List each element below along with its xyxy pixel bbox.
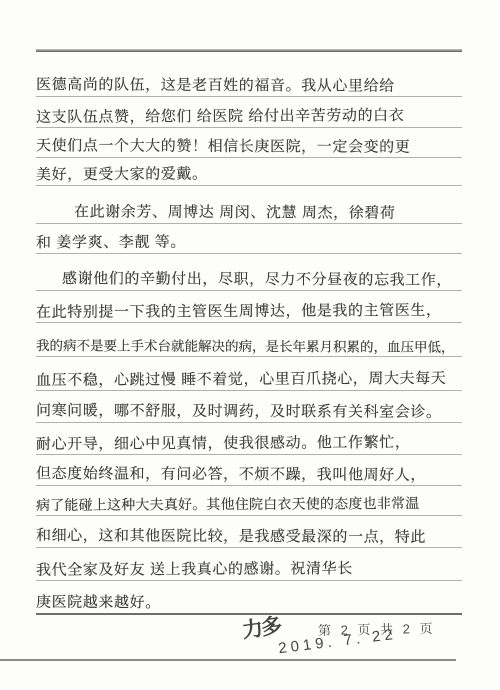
line-text: 医德高尚的队伍，这是老百姓的福音。我从心里给给 (36, 73, 395, 96)
handwritten-line: 我的病不是要上手术台就能解决的病，是长年累月积累的，血压甲低， (36, 328, 462, 357)
handwritten-line: 感谢他们的辛勤付出，尽职，尽力不分昼夜的忘我工作， (36, 262, 462, 291)
signature-block: 力多 第 2 页 共 2 页 2019. 7. 22 (36, 612, 462, 660)
bottom-rule (0, 659, 456, 661)
handwritten-line: 在此特别提一下我的主管医生周博达，他是我的主管医生， (36, 294, 462, 323)
line-text: 血压不稳，心跳过慢 睡不着觉，心里百爪挠心，周大夫每天 (36, 367, 446, 390)
line-text: 我代全家及好友 送上我真心的感谢。祝清华长 (36, 557, 353, 580)
line-text: 在此特别提一下我的主管医生周博达，他是我的主管医生， (36, 299, 442, 322)
top-rule (36, 49, 462, 52)
line-text: 我的病不是要上手术台就能解决的病，是长年累月积累的，血压甲低， (36, 334, 455, 356)
handwritten-line: 庚医院越来越好。 (36, 585, 462, 615)
handwritten-line: 这支队伍点赞，给您们 给医院 给付出辛苦劳动的白衣 (36, 99, 462, 128)
line-text: 耐心开导，细心中见真情，使我很感动。他工作繁忙， (36, 431, 411, 454)
line-text: 庚医院越来越好。 (36, 591, 161, 613)
line-text: 天使们点一个大大的赞！相信长庚医院，一定会变的更 (36, 134, 410, 157)
line-text: 但态度始终温和，有问必答，不烦不躁，我叫他周好人， (36, 462, 426, 485)
handwritten-line: 和细心，这和其他医院比较，是我感受最深的一点，特此 (36, 519, 462, 548)
line-text: 病了能碰上这种大夫真好。其他住院白衣天使的态度也非常温 (36, 493, 420, 515)
handwritten-line: 问寒问暖，哪不舒服，及时调药，及时联系有关科室会诊。 (36, 394, 462, 423)
handwritten-line: 和 姜学爽、李靓 等。 (36, 225, 462, 254)
line-text: 这支队伍点赞，给您们 给医院 给付出辛苦劳动的白衣 (36, 104, 404, 127)
line-text: 和细心，这和其他医院比较，是我感受最深的一点，特此 (36, 524, 426, 547)
handwritten-line: 血压不稳，心跳过慢 睡不着觉，心里百爪挠心，周大夫每天 (36, 362, 462, 391)
handwritten-line: 但态度始终温和，有问必答，不烦不躁，我叫他周好人， (36, 457, 462, 486)
handwritten-line: 我代全家及好友 送上我真心的感谢。祝清华长 (36, 552, 462, 581)
handwritten-line: 医德高尚的队伍，这是老百姓的福音。我从心里给给 (36, 68, 462, 97)
handwritten-line: 耐心开导，细心中见真情，使我很感动。他工作繁忙， (36, 426, 462, 455)
handwritten-line: 在此谢余芳、周博达 周闵、沈慧 周杰，徐碧荷 (36, 195, 462, 224)
handwritten-line: 天使们点一个大大的赞！相信长庚医院，一定会变的更 (36, 129, 462, 158)
line-text: 在此谢余芳、周博达 周闵、沈慧 周杰，徐碧荷 (36, 200, 396, 223)
line-text: 问寒问暖，哪不舒服，及时调药，及时联系有关科室会诊。 (36, 399, 442, 422)
line-text: 和 姜学爽、李靓 等。 (36, 231, 186, 253)
line-text: 美好，更受大家的爱戴。 (36, 163, 208, 185)
handwritten-line: 病了能碰上这种大夫真好。其他住院白衣天使的态度也非常温 (36, 487, 462, 516)
signature: 力多 (240, 610, 282, 645)
letter-page: 医德高尚的队伍，这是老百姓的福音。我从心里给给 这支队伍点赞，给您们 给医院 给… (0, 0, 500, 690)
line-text: 感谢他们的辛勤付出，尽职，尽力不分昼夜的忘我工作， (36, 267, 452, 290)
handwritten-line: 美好，更受大家的爱戴。 (36, 157, 462, 186)
